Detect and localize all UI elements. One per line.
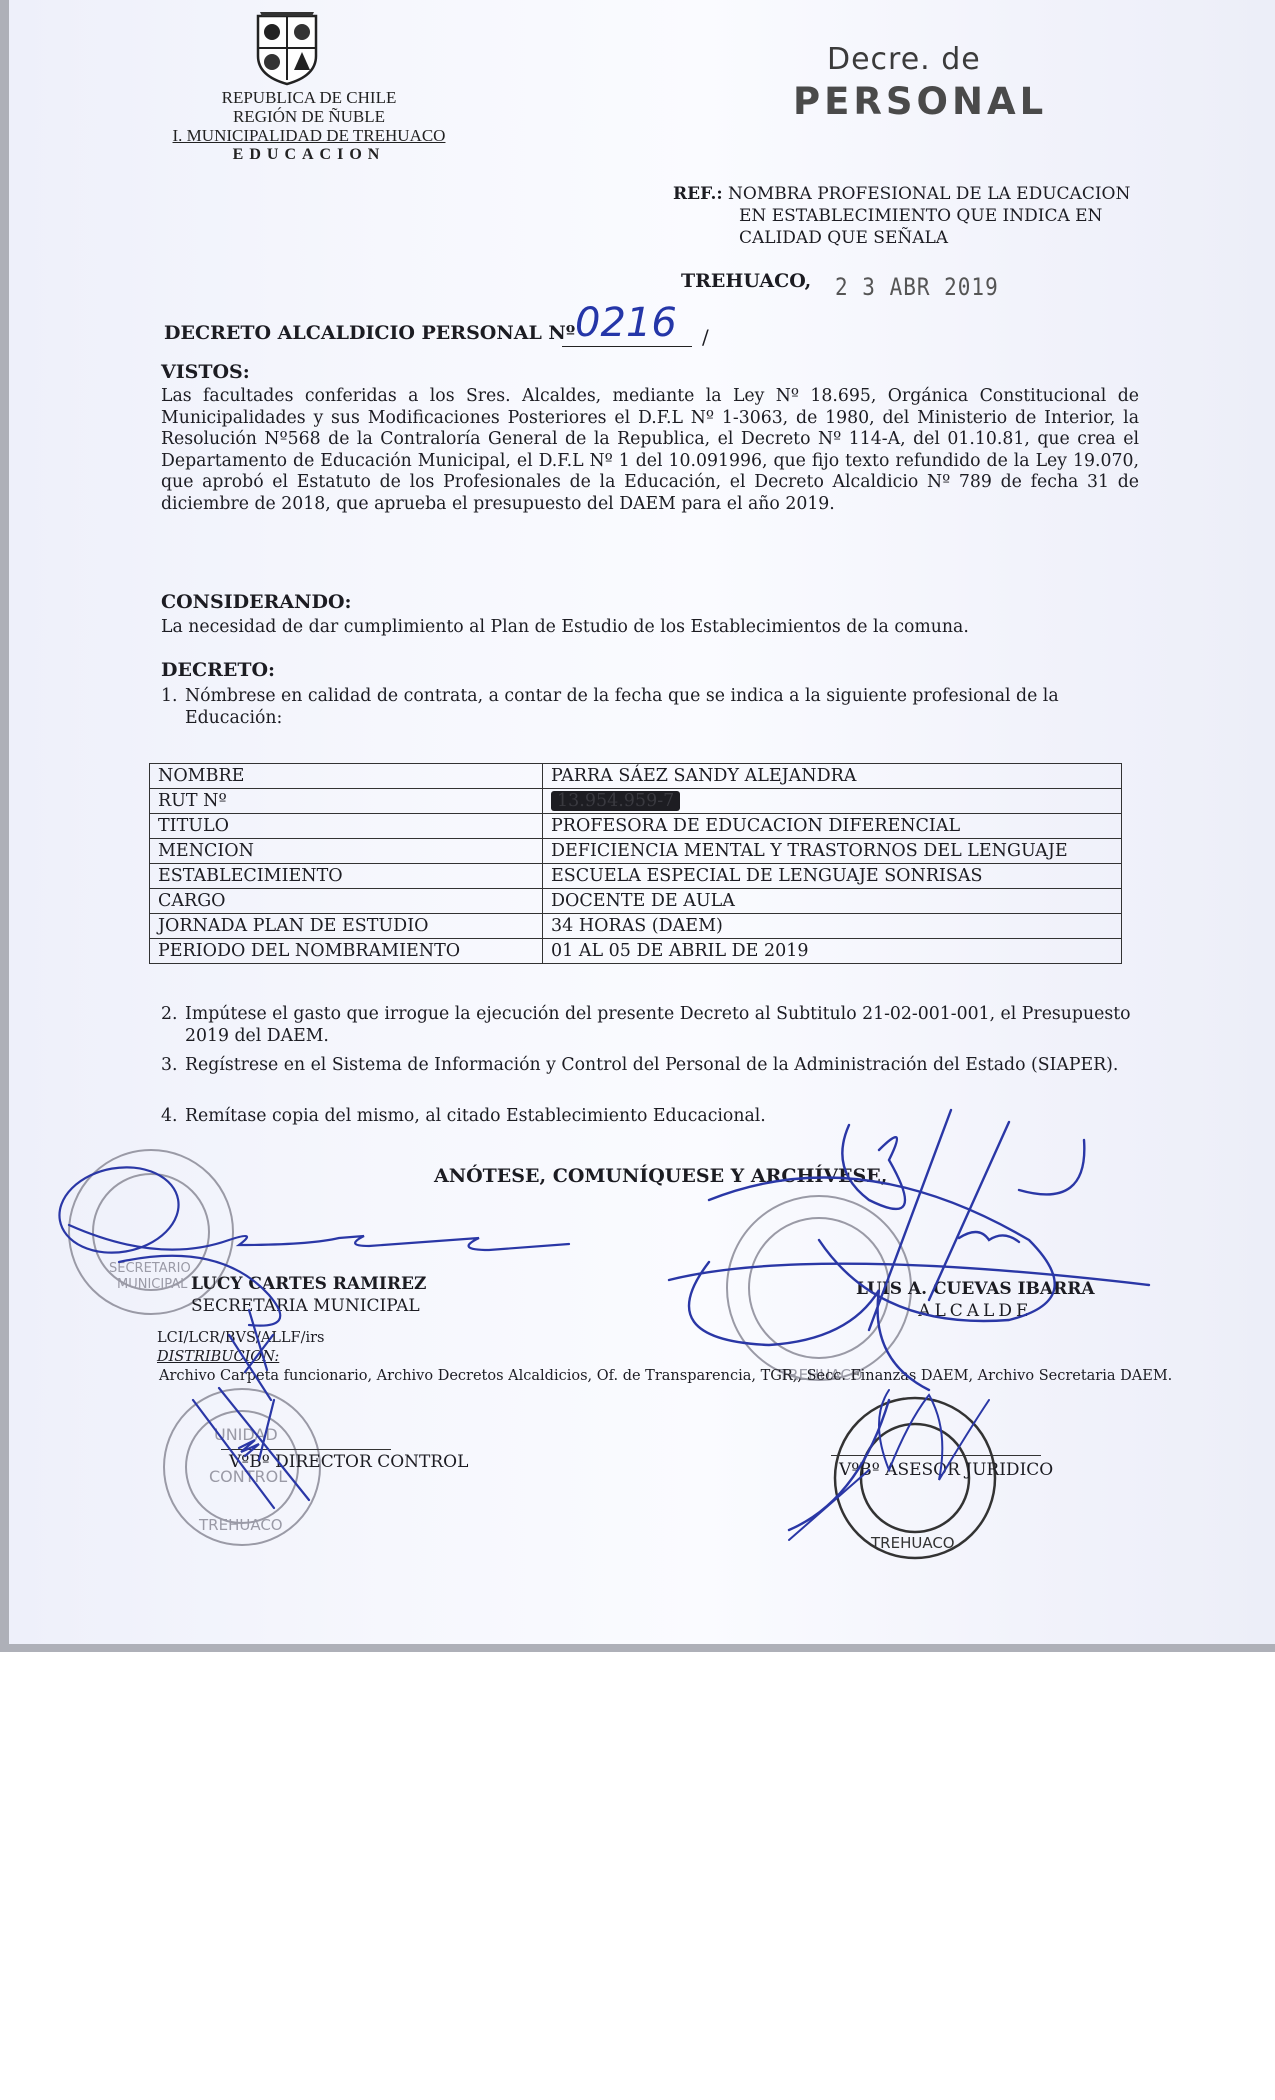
- table-row: MENCIONDEFICIENCIA MENTAL Y TRASTORNOS D…: [150, 839, 1122, 864]
- decree-title: DECRETO ALCALDICIO PERSONAL Nº: [164, 322, 575, 344]
- decree-type-stamp-line2: PERSONAL: [793, 80, 1047, 123]
- svg-text:TREHUACO: TREHUACO: [870, 1534, 955, 1552]
- country-line: REPUBLICA DE CHILE: [149, 88, 469, 107]
- item-text: Remítase copia del mismo, al citado Esta…: [185, 1106, 1133, 1128]
- field-value: PROFESORA DE EDUCACION DIFERENCIAL: [543, 814, 1122, 839]
- redacted-rut: 13.954.959-7: [551, 791, 680, 811]
- field-value: ESCUELA ESPECIAL DE LENGUAJE SONRISAS: [543, 864, 1122, 889]
- ref-line-3: CALIDAD QUE SEÑALA: [673, 227, 1143, 249]
- field-label: ESTABLECIMIENTO: [150, 864, 543, 889]
- field-label: PERIODO DEL NOMBRAMIENTO: [150, 939, 543, 964]
- field-value: 01 AL 05 DE ABRIL DE 2019: [543, 939, 1122, 964]
- item-number: 4.: [161, 1106, 185, 1128]
- secretary-signature-block: LUCY CARTES RAMIREZ SECRETARIA MUNICIPAL: [191, 1273, 426, 1317]
- table-row: TITULOPROFESORA DE EDUCACION DIFERENCIAL: [150, 814, 1122, 839]
- item-text: Regístrese en el Sistema de Información …: [185, 1055, 1133, 1077]
- distribution-list: Archivo Carpeta funcionario, Archivo Dec…: [159, 1368, 1172, 1384]
- table-row: NOMBREPARRA SÁEZ SANDY ALEJANDRA: [150, 764, 1122, 789]
- ref-line-2: EN ESTABLECIMIENTO QUE INDICA EN: [673, 205, 1143, 227]
- decree-item-1: 1.Nómbrese en calidad de contrata, a con…: [161, 686, 1139, 729]
- decree-item-3: 3.Regístrese en el Sistema de Informació…: [161, 1055, 1139, 1077]
- ref-line-1: NOMBRA PROFESIONAL DE LA EDUCACION: [728, 184, 1130, 204]
- document-page: REPUBLICA DE CHILE REGIÓN DE ÑUBLE I. MU…: [9, 0, 1275, 1644]
- table-row: ESTABLECIMIENTOESCUELA ESPECIAL DE LENGU…: [150, 864, 1122, 889]
- table-row: PERIODO DEL NOMBRAMIENTO01 AL 05 DE ABRI…: [150, 939, 1122, 964]
- distribution-heading: DISTRIBUCION:: [157, 1349, 279, 1365]
- vistos-heading: VISTOS:: [161, 362, 1139, 384]
- item-text: Impútese el gasto que irrogue la ejecuci…: [185, 1004, 1133, 1047]
- appointment-details-table: NOMBREPARRA SÁEZ SANDY ALEJANDRARUT Nº13…: [149, 763, 1122, 964]
- field-label: JORNADA PLAN DE ESTUDIO: [150, 914, 543, 939]
- item-number: 3.: [161, 1055, 185, 1077]
- decree-item-4: 4.Remítase copia del mismo, al citado Es…: [161, 1106, 1139, 1128]
- field-label: NOMBRE: [150, 764, 543, 789]
- svg-text:SECRETARIO: SECRETARIO: [109, 1261, 191, 1276]
- ref-label: REF.:: [673, 184, 723, 204]
- secretary-name: LUCY CARTES RAMIREZ: [191, 1274, 426, 1294]
- considerando-text: La necesidad de dar cumplimiento al Plan…: [161, 617, 1139, 639]
- field-label: TITULO: [150, 814, 543, 839]
- field-label: RUT Nº: [150, 789, 543, 814]
- decreto-heading: DECRETO:: [161, 660, 1139, 682]
- closing-formula: ANÓTESE, COMUNÍQUESE Y ARCHÍVESE,: [434, 1165, 887, 1187]
- decree-type-stamp-line1: Decre. de: [827, 42, 981, 77]
- table-row: CARGODOCENTE DE AULA: [150, 889, 1122, 914]
- mayor-role: ALCALDE: [918, 1301, 1032, 1321]
- svg-text:MUNICIPAL: MUNICIPAL: [117, 1277, 188, 1292]
- department-line: EDUCACION: [149, 145, 469, 164]
- place-label: TREHUACO,: [681, 270, 811, 292]
- decree-number-underline: [562, 346, 692, 347]
- item-number: 2.: [161, 1004, 185, 1026]
- decree-number-slash: /: [702, 325, 709, 349]
- field-value: 13.954.959-7: [543, 789, 1122, 814]
- svg-text:TREHUACO: TREHUACO: [198, 1516, 283, 1534]
- control-signature-icon: [193, 1388, 309, 1508]
- secretary-role: SECRETARIA MUNICIPAL: [191, 1296, 420, 1316]
- field-value: PARRA SÁEZ SANDY ALEJANDRA: [543, 764, 1122, 789]
- initials-reference: LCI/LCR/BVS/ALLF/irs: [157, 1330, 325, 1346]
- control-signature-line: [221, 1449, 391, 1450]
- table-row: JORNADA PLAN DE ESTUDIO34 HORAS (DAEM): [150, 914, 1122, 939]
- table-row: RUT Nº13.954.959-7: [150, 789, 1122, 814]
- mayor-name: LUIS A. CUEVAS IBARRA: [856, 1279, 1095, 1299]
- field-value: 34 HORAS (DAEM): [543, 914, 1122, 939]
- field-label: MENCION: [150, 839, 543, 864]
- municipality-line: I. MUNICIPALIDAD DE TREHUACO: [149, 126, 469, 145]
- date-stamp: 2 3 ABR 2019: [835, 273, 999, 301]
- decree-item-2: 2.Impútese el gasto que irrogue la ejecu…: [161, 1004, 1139, 1047]
- legal-approval: VºBº ASESOR JURIDICO: [839, 1460, 1053, 1480]
- mayor-signature-block: LUIS A. CUEVAS IBARRA ALCALDE: [856, 1278, 1095, 1322]
- vistos-text: Las facultades conferidas a los Sres. Al…: [161, 386, 1139, 515]
- decree-number-handwritten: 0216: [575, 300, 677, 346]
- field-value: DEFICIENCIA MENTAL Y TRASTORNOS DEL LENG…: [543, 839, 1122, 864]
- reference-block: REF.: NOMBRA PROFESIONAL DE LA EDUCACION…: [673, 183, 1143, 249]
- institution-header: REPUBLICA DE CHILE REGIÓN DE ÑUBLE I. MU…: [149, 88, 469, 164]
- coat-of-arms-icon: [252, 10, 322, 86]
- considerando-heading: CONSIDERANDO:: [161, 592, 1139, 614]
- control-approval: VºBº DIRECTOR CONTROL: [229, 1452, 468, 1472]
- region-line: REGIÓN DE ÑUBLE: [149, 107, 469, 126]
- field-label: CARGO: [150, 889, 543, 914]
- item-text: Nómbrese en calidad de contrata, a conta…: [185, 686, 1133, 729]
- legal-signature-line: [831, 1455, 1041, 1456]
- field-value: DOCENTE DE AULA: [543, 889, 1122, 914]
- item-number: 1.: [161, 686, 185, 708]
- svg-text:UNIDAD: UNIDAD: [214, 1425, 278, 1444]
